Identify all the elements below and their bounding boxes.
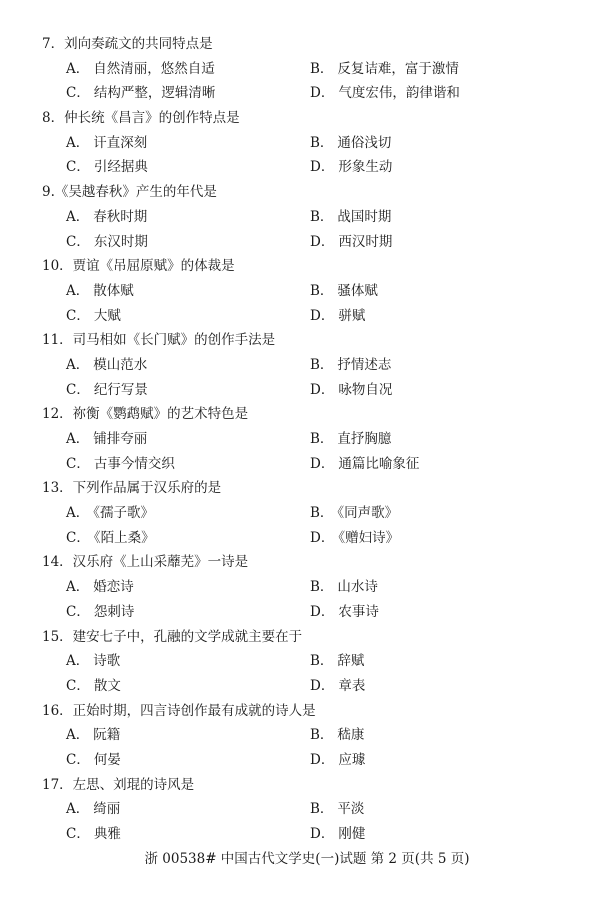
exam-page: 7．刘向奏疏文的共同特点是 A．自然清丽，悠然自适 B．反复诘难，富于激情 C．… <box>0 0 614 921</box>
option-a: A．散体赋 <box>66 279 134 304</box>
option-row: A．自然清丽，悠然自适 B．反复诘难，富于激情 <box>0 57 614 82</box>
option-row: C．引经据典 D．形象生动 <box>0 155 614 180</box>
question-stem: 16．正始时期，四言诗创作最有成就的诗人是 <box>0 703 316 719</box>
option-b: B．战国时期 <box>310 205 391 230</box>
option-c: C．大赋 <box>66 304 121 329</box>
question-16: 16．正始时期，四言诗创作最有成就的诗人是 <box>0 699 614 724</box>
option-a: A．铺排夸丽 <box>66 427 147 452</box>
option-row: C．《陌上桑》 D．《赠妇诗》 <box>0 526 614 551</box>
option-d: D．农事诗 <box>310 600 379 625</box>
question-7: 7．刘向奏疏文的共同特点是 <box>0 32 614 57</box>
option-d: D．通篇比喻象征 <box>310 452 419 477</box>
option-row: C．怨刺诗 D．农事诗 <box>0 600 614 625</box>
question-8: 8．仲长统《昌言》的创作特点是 <box>0 106 614 131</box>
option-c: C．何晏 <box>66 748 121 773</box>
question-12: 12．祢衡《鹦鹉赋》的艺术特色是 <box>0 402 614 427</box>
option-c: C．纪行写景 <box>66 378 148 403</box>
option-b: B．《同声歌》 <box>310 501 398 526</box>
option-d: D．西汉时期 <box>310 230 392 255</box>
option-b: B．骚体赋 <box>310 279 378 304</box>
option-row: A．阮籍 B．嵇康 <box>0 723 614 748</box>
option-c: C．东汉时期 <box>66 230 148 255</box>
question-stem: 12．祢衡《鹦鹉赋》的艺术特色是 <box>0 406 248 422</box>
option-row: A．诗歌 B．辞赋 <box>0 649 614 674</box>
option-d: D．形象生动 <box>310 155 392 180</box>
option-row: A．散体赋 B．骚体赋 <box>0 279 614 304</box>
page-footer: 浙 00538# 中国古代文学史(一)试题 第 2 页(共 5 页) <box>0 848 614 870</box>
option-row: A．绮丽 B．平淡 <box>0 797 614 822</box>
option-d: D．刚健 <box>310 822 365 847</box>
option-a: A．模山范水 <box>66 353 147 378</box>
question-9: 9.《吴越春秋》产生的年代是 <box>0 180 614 205</box>
option-b: B．抒情述志 <box>310 353 391 378</box>
option-row: A．《孺子歌》 B．《同声歌》 <box>0 501 614 526</box>
question-11: 11．司马相如《长门赋》的创作手法是 <box>0 328 614 353</box>
option-a: A．诗歌 <box>66 649 120 674</box>
option-row: A．婚恋诗 B．山水诗 <box>0 575 614 600</box>
option-d: D．咏物自况 <box>310 378 392 403</box>
option-c: C．典雅 <box>66 822 121 847</box>
option-b: B．嵇康 <box>310 723 364 748</box>
question-15: 15．建安七子中，孔融的文学成就主要在于 <box>0 625 614 650</box>
option-row: C．东汉时期 D．西汉时期 <box>0 230 614 255</box>
question-14: 14．汉乐府《上山采蘼芜》一诗是 <box>0 550 614 575</box>
option-a: A．自然清丽，悠然自适 <box>66 57 215 82</box>
option-d: D．气度宏伟，韵律谐和 <box>310 81 460 106</box>
question-stem: 10．贾谊《吊屈原赋》的体裁是 <box>0 258 235 274</box>
option-d: D．章表 <box>310 674 365 699</box>
question-stem: 11．司马相如《长门赋》的创作手法是 <box>0 332 275 348</box>
question-list: 7．刘向奏疏文的共同特点是 A．自然清丽，悠然自适 B．反复诘难，富于激情 C．… <box>0 32 614 847</box>
option-row: A．讦直深刻 B．通俗浅切 <box>0 131 614 156</box>
option-d: D．骈赋 <box>310 304 365 329</box>
option-b: B．平淡 <box>310 797 364 822</box>
question-stem: 15．建安七子中，孔融的文学成就主要在于 <box>0 629 302 645</box>
option-d: D．《赠妇诗》 <box>310 526 399 551</box>
question-stem: 9.《吴越春秋》产生的年代是 <box>0 184 217 200</box>
option-row: C．散文 D．章表 <box>0 674 614 699</box>
option-a: A．《孺子歌》 <box>66 501 154 526</box>
question-stem: 13．下列作品属于汉乐府的是 <box>0 480 221 496</box>
option-b: B．反复诘难，富于激情 <box>310 57 459 82</box>
option-b: B．通俗浅切 <box>310 131 391 156</box>
option-c: C．怨刺诗 <box>66 600 134 625</box>
option-b: B．山水诗 <box>310 575 378 600</box>
option-a: A．婚恋诗 <box>66 575 134 600</box>
option-row: C．结构严整，逻辑清晰 D．气度宏伟，韵律谐和 <box>0 81 614 106</box>
option-a: A．阮籍 <box>66 723 120 748</box>
option-c: C．引经据典 <box>66 155 148 180</box>
option-row: A．模山范水 B．抒情述志 <box>0 353 614 378</box>
option-b: B．辞赋 <box>310 649 364 674</box>
option-c: C．古事今情交织 <box>66 452 175 477</box>
option-d: D．应璩 <box>310 748 365 773</box>
question-stem: 14．汉乐府《上山采蘼芜》一诗是 <box>0 554 248 570</box>
question-17: 17．左思、刘琨的诗风是 <box>0 773 614 798</box>
option-row: C．典雅 D．刚健 <box>0 822 614 847</box>
question-13: 13．下列作品属于汉乐府的是 <box>0 476 614 501</box>
question-10: 10．贾谊《吊屈原赋》的体裁是 <box>0 254 614 279</box>
option-row: C．古事今情交织 D．通篇比喻象征 <box>0 452 614 477</box>
option-row: C．何晏 D．应璩 <box>0 748 614 773</box>
option-a: A．春秋时期 <box>66 205 147 230</box>
option-c: C．结构严整，逻辑清晰 <box>66 81 215 106</box>
option-row: C．纪行写景 D．咏物自况 <box>0 378 614 403</box>
option-a: A．讦直深刻 <box>66 131 147 156</box>
option-row: A．铺排夸丽 B．直抒胸臆 <box>0 427 614 452</box>
option-c: C．散文 <box>66 674 121 699</box>
option-row: A．春秋时期 B．战国时期 <box>0 205 614 230</box>
question-stem: 8．仲长统《昌言》的创作特点是 <box>0 110 240 126</box>
option-a: A．绮丽 <box>66 797 120 822</box>
option-c: C．《陌上桑》 <box>66 526 155 551</box>
option-row: C．大赋 D．骈赋 <box>0 304 614 329</box>
question-stem: 17．左思、刘琨的诗风是 <box>0 777 194 793</box>
question-stem: 7．刘向奏疏文的共同特点是 <box>0 36 213 52</box>
option-b: B．直抒胸臆 <box>310 427 391 452</box>
